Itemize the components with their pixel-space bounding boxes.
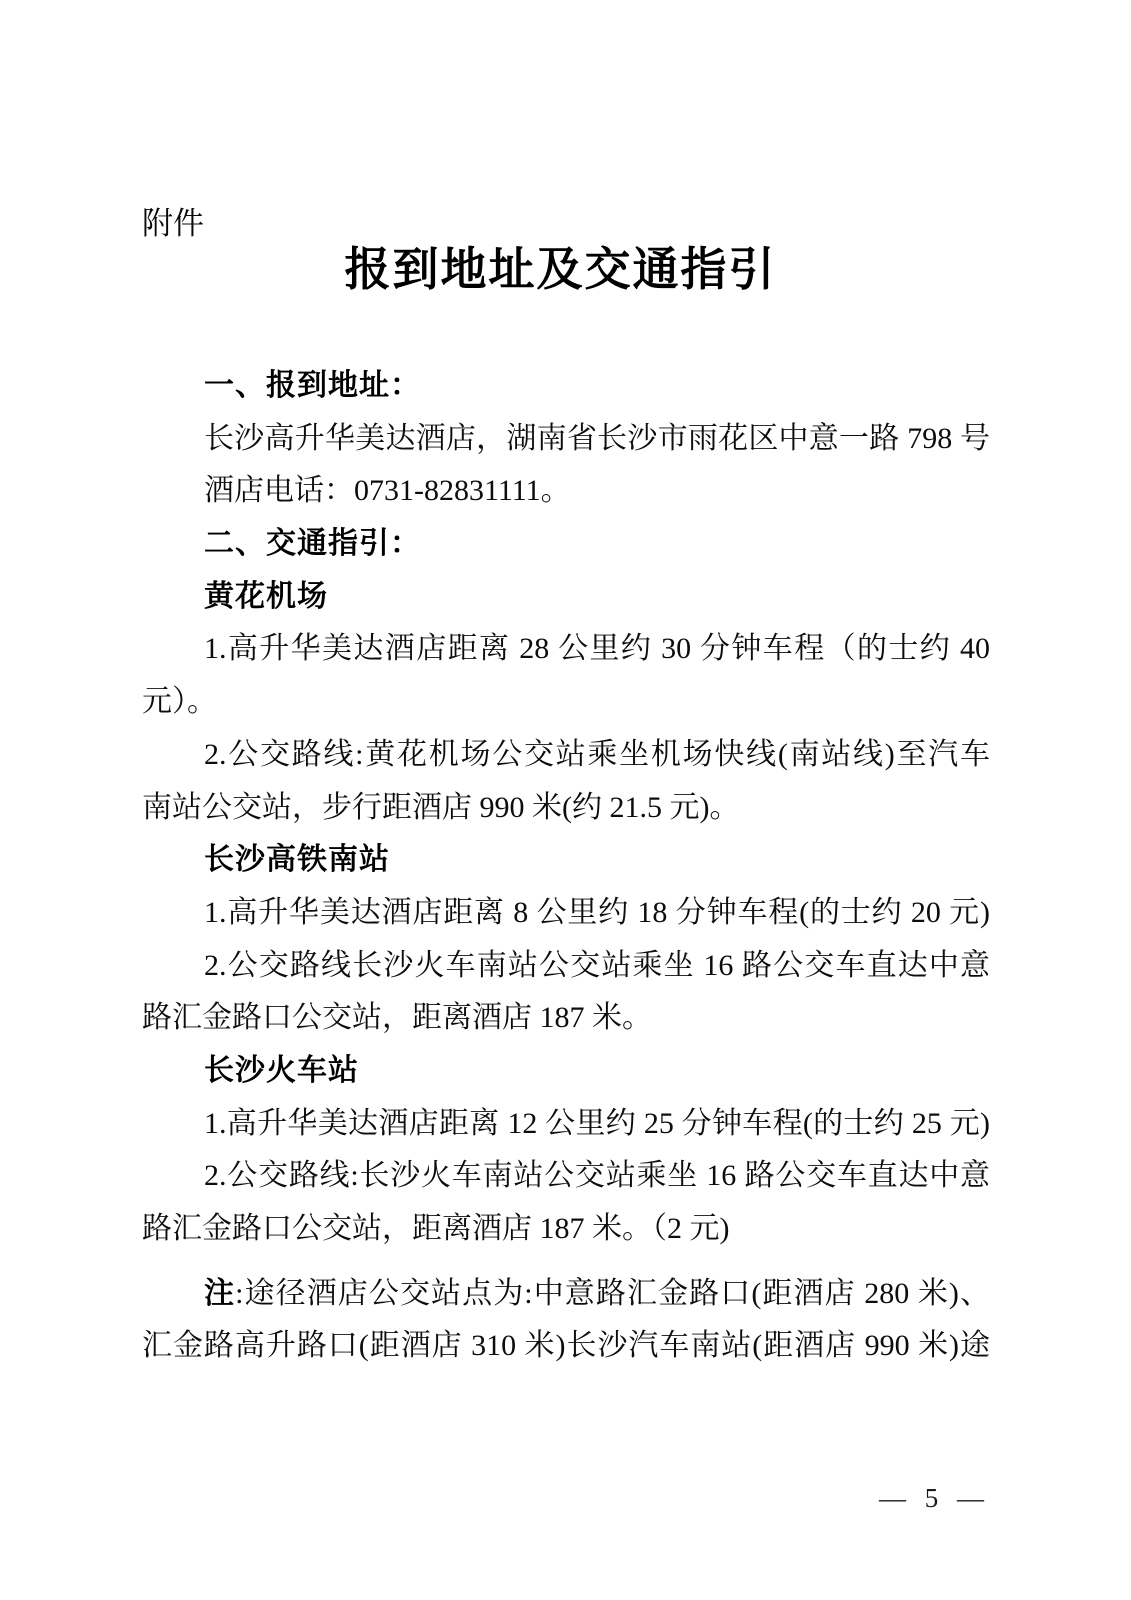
hsr-item2-line2: 路汇金路口公交站，距离酒店 187 米。 xyxy=(142,992,990,1045)
airport-item1-line1: 1.高升华美达酒店距离 28 公里约 30 分钟车程（的士约 40 xyxy=(142,623,990,676)
note-line1: 注:途径酒店公交站点为:中意路汇金路口(距酒店 280 米)、 xyxy=(142,1268,990,1321)
airport-item1-line2: 元）。 xyxy=(142,676,990,729)
hotel-phone-line: 酒店电话：0731-82831111。 xyxy=(142,465,990,518)
hotel-address-line: 长沙高升华美达酒店，湖南省长沙市雨花区中意一路 798 号 xyxy=(142,413,990,466)
note-line2: 汇金路高升路口(距酒店 310 米)长沙汽车南站(距酒店 990 米)途 xyxy=(142,1320,990,1373)
railway-item1-line1: 1.高升华美达酒店距离 12 公里约 25 分钟车程(的士约 25 元) xyxy=(142,1098,990,1151)
subheading-hsr-south-station: 长沙高铁南站 xyxy=(142,834,990,887)
railway-item2-line1: 2.公交路线:长沙火车南站公交站乘坐 16 路公交车直达中意 xyxy=(142,1150,990,1203)
section-heading-traffic-guide: 二、交通指引： xyxy=(142,518,990,571)
railway-item2-line2: 路汇金路口公交站，距离酒店 187 米。（2 元) xyxy=(142,1203,990,1256)
document-page: 附件 报到地址及交通指引 一、报到地址： 长沙高升华美达酒店，湖南省长沙市雨花区… xyxy=(0,0,1131,1600)
airport-item2-line2: 南站公交站，步行距酒店 990 米(约 21.5 元)。 xyxy=(142,782,990,835)
attachment-label: 附件 xyxy=(142,204,204,244)
page-title: 报到地址及交通指引 xyxy=(0,242,1121,298)
hsr-item2-line1: 2.公交路线长沙火车南站公交站乘坐 16 路公交车直达中意 xyxy=(142,940,990,993)
page-number: — 5 — xyxy=(879,1483,990,1514)
note-line1-text: :途径酒店公交站点为:中意路汇金路口(距酒店 280 米)、 xyxy=(235,1277,990,1310)
note-prefix: 注 xyxy=(204,1277,235,1310)
subheading-huanghua-airport: 黄花机场 xyxy=(142,571,990,624)
section-heading-registration-address: 一、报到地址： xyxy=(142,360,990,413)
subheading-railway-station: 长沙火车站 xyxy=(142,1045,990,1098)
airport-item2-line1: 2.公交路线:黄花机场公交站乘坐机场快线(南站线)至汽车 xyxy=(142,729,990,782)
hsr-item1-line1: 1.高升华美达酒店距离 8 公里约 18 分钟车程(的士约 20 元) xyxy=(142,887,990,940)
document-body: 一、报到地址： 长沙高升华美达酒店，湖南省长沙市雨花区中意一路 798 号 酒店… xyxy=(142,360,990,1373)
